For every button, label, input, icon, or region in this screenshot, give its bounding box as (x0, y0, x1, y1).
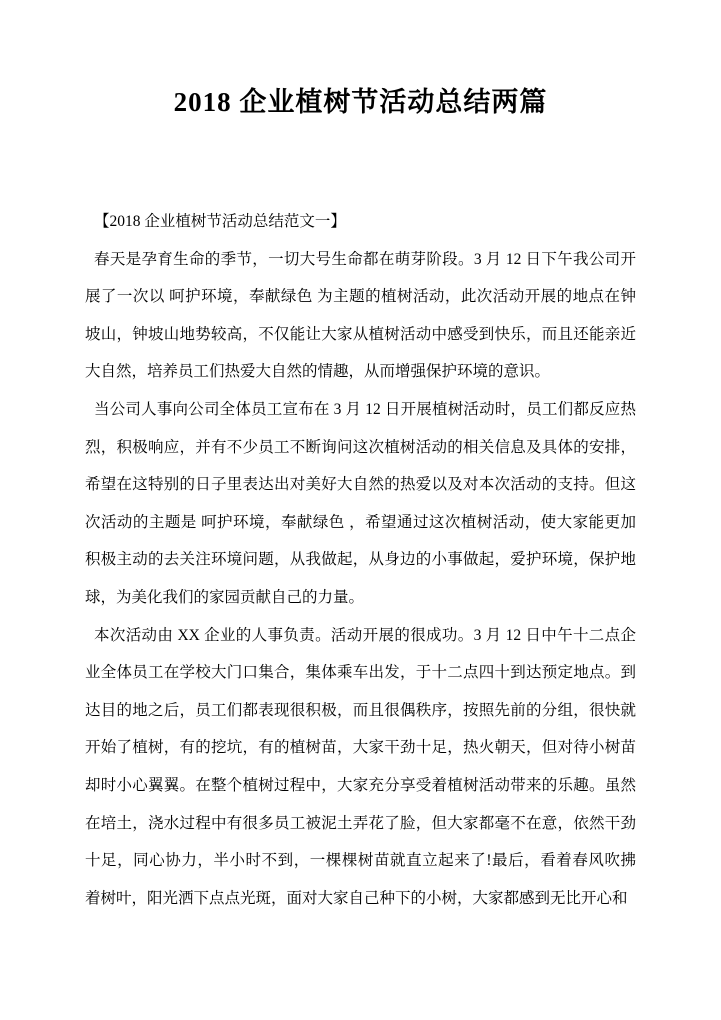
paragraph-1: 春天是孕育生命的季节，一切大号生命都在萌芽阶段。3 月 12 日下午我公司开 展… (85, 241, 636, 391)
section-heading: 【2018 企业植树节活动总结范文一】 (85, 203, 636, 241)
paragraph-line: 着树叶，阳光洒下点点光斑，面对大家自己种下的小树，大家都感到无比开心和 (85, 880, 636, 918)
paragraph-line: 展了一次以 呵护环境，奉献绿色 为主题的植树活动，此次活动开展的地点在钟 (85, 278, 636, 316)
paragraph-line: 春天是孕育生命的季节，一切大号生命都在萌芽阶段。3 月 12 日下午我公司开 (85, 241, 636, 279)
paragraph-line: 次活动的主题是 呵护环境，奉献绿色 ，希望通过这次植树活动，使大家能更加 (85, 504, 636, 542)
paragraph-line: 开始了植树，有的挖坑，有的植树苗，大家干劲十足，热火朝天，但对待小树苗 (85, 729, 636, 767)
paragraph-line: 希望在这特别的日子里表达出对美好大自然的热爱以及对本次活动的支持。但这 (85, 466, 636, 504)
document-title: 2018 企业植树节活动总结两篇 (0, 0, 721, 120)
paragraph-2: 当公司人事向公司全体员工宣布在 3 月 12 日开展植树活动时，员工们都反应热 … (85, 391, 636, 617)
paragraph-line: 烈，积极响应，并有不少员工不断询问这次植树活动的相关信息及具体的安排， (85, 429, 636, 467)
paragraph-line: 十足，同心协力，半小时不到，一棵棵树苗就直立起来了!最后，看着春风吹拂 (85, 842, 636, 880)
paragraph-line: 本次活动由 XX 企业的人事负责。活动开展的很成功。3 月 12 日中午十二点企 (85, 617, 636, 655)
paragraph-line: 达目的地之后，员工们都表现很积极，而且很偶秩序，按照先前的分组，很快就 (85, 692, 636, 730)
paragraph-line: 大自然，培养员工们热爱大自然的情趣，从而增强保护环境的意识。 (85, 353, 636, 391)
document-body: 【2018 企业植树节活动总结范文一】 春天是孕育生命的季节，一切大号生命都在萌… (85, 203, 636, 917)
paragraph-line: 在培土，浇水过程中有很多员工被泥土弄花了脸，但大家都毫不在意，依然干劲 (85, 805, 636, 843)
paragraph-line: 球，为美化我们的家园贡献自己的力量。 (85, 579, 636, 617)
paragraph-line: 积极主动的去关注环境问题，从我做起，从身边的小事做起，爱护环境，保护地 (85, 541, 636, 579)
paragraph-line: 却时小心翼翼。在整个植树过程中，大家充分享受着植树活动带来的乐趣。虽然 (85, 767, 636, 805)
document-page: 2018 企业植树节活动总结两篇 【2018 企业植树节活动总结范文一】 春天是… (0, 0, 721, 1020)
paragraph-3: 本次活动由 XX 企业的人事负责。活动开展的很成功。3 月 12 日中午十二点企… (85, 617, 636, 918)
paragraph-line: 当公司人事向公司全体员工宣布在 3 月 12 日开展植树活动时，员工们都反应热 (85, 391, 636, 429)
paragraph-line: 业全体员工在学校大门口集合，集体乘车出发，于十二点四十到达预定地点。到 (85, 654, 636, 692)
paragraph-line: 坡山，钟坡山地势较高，不仅能让大家从植树活动中感受到快乐，而且还能亲近 (85, 316, 636, 354)
